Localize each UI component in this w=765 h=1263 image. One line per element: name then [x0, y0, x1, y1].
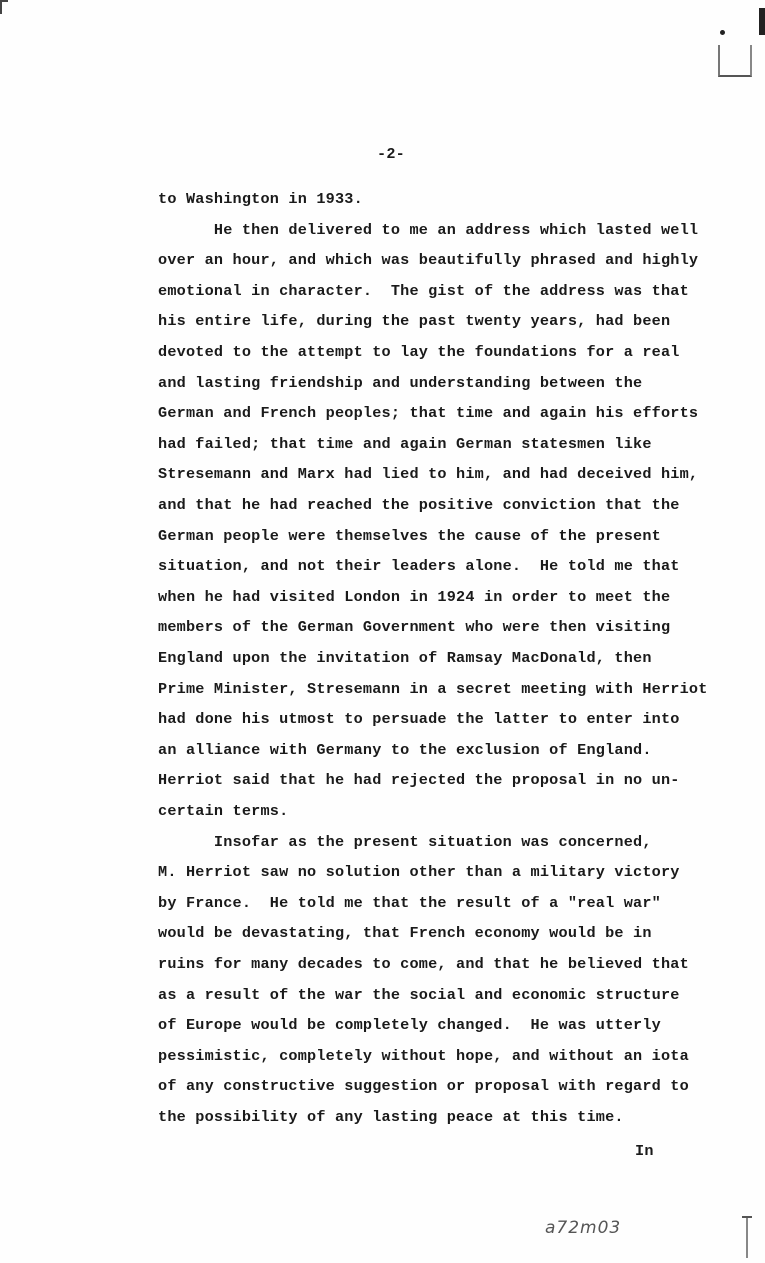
text-line: and that he had reached the positive con… — [158, 496, 680, 514]
scan-mark — [746, 1218, 748, 1258]
text-line: German people were themselves the cause … — [158, 527, 661, 545]
text-line: Stresemann and Marx had lied to him, and… — [158, 465, 698, 483]
text-line: pessimistic, completely without hope, an… — [158, 1047, 689, 1065]
text-line: by France. He told me that the result of… — [158, 894, 661, 912]
document-page: -2- to Washington in 1933. He then deliv… — [0, 0, 765, 1263]
text-line: the possibility of any lasting peace at … — [158, 1108, 624, 1126]
text-line: over an hour, and which was beautifully … — [158, 251, 698, 269]
text-line: had failed; that time and again German s… — [158, 435, 652, 453]
text-line: Insofar as the present situation was con… — [158, 833, 652, 851]
scan-dot — [720, 30, 725, 35]
text-line: England upon the invitation of Ramsay Ma… — [158, 649, 652, 667]
text-line: Herriot said that he had rejected the pr… — [158, 771, 680, 789]
handwritten-note: a72m03 — [545, 1218, 621, 1238]
text-line: German and French peoples; that time and… — [158, 404, 698, 422]
text-line: as a result of the war the social and ec… — [158, 986, 680, 1004]
text-line: members of the German Government who wer… — [158, 618, 670, 636]
text-line: devoted to the attempt to lay the founda… — [158, 343, 680, 361]
text-line: and lasting friendship and understanding… — [158, 374, 642, 392]
text-line: situation, and not their leaders alone. … — [158, 557, 680, 575]
text-line: Prime Minister, Stresemann in a secret m… — [158, 680, 708, 698]
text-line: certain terms. — [158, 802, 288, 820]
text-line: to Washington in 1933. — [158, 190, 363, 208]
text-line: when he had visited London in 1924 in or… — [158, 588, 670, 606]
text-line: had done his utmost to persuade the latt… — [158, 710, 680, 728]
scan-corner-mark — [0, 0, 8, 14]
text-line: M. Herriot saw no solution other than a … — [158, 863, 680, 881]
text-line: He then delivered to me an address which… — [158, 221, 698, 239]
text-line: emotional in character. The gist of the … — [158, 282, 689, 300]
text-line: of any constructive suggestion or propos… — [158, 1077, 689, 1095]
scan-corner-bracket — [718, 45, 752, 77]
text-line: would be devastating, that French econom… — [158, 924, 652, 942]
catchword: In — [635, 1142, 654, 1160]
text-line: of Europe would be completely changed. H… — [158, 1016, 661, 1034]
page-number: -2- — [377, 145, 405, 163]
text-line: an alliance with Germany to the exclusio… — [158, 741, 652, 759]
text-line: his entire life, during the past twenty … — [158, 312, 670, 330]
scan-edge-bar — [759, 8, 765, 35]
text-line: ruins for many decades to come, and that… — [158, 955, 689, 973]
